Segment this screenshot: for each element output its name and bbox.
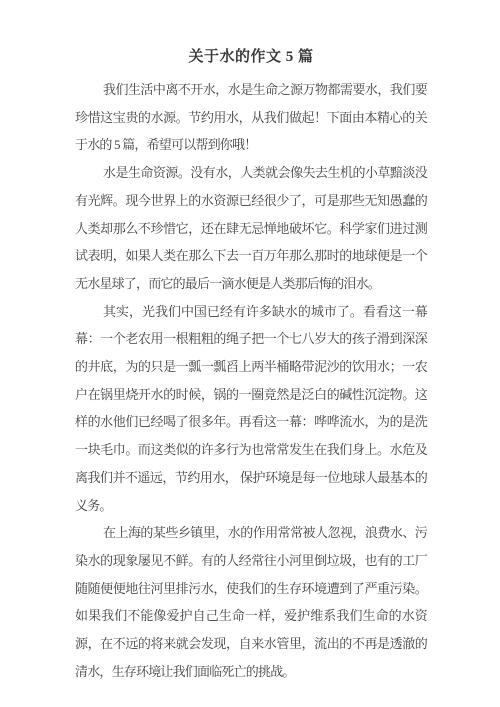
paragraph-water-is-life: 水是生命资源。没有水，人类就会像失去生机的小草黯淡没有光辉。现今世界上的水资源已… (75, 159, 427, 298)
document-page: 关于水的作文 5 篇 我们生活中离不开水，水是生命之源万物都需要水，我们要珍惜这… (0, 0, 500, 707)
paragraph-china-water-shortage: 其实，光我们中国已经有许多缺水的城市了。看看这一幕幕：一个老农用一根粗粗的绳子把… (75, 298, 427, 520)
paragraph-shanghai-pollution: 在上海的某些乡镇里，水的作用常常被人忽视，浪费水、污染水的现象屡见不鲜。有的人经… (75, 519, 427, 685)
document-title: 关于水的作文 5 篇 (75, 46, 427, 69)
paragraph-intro: 我们生活中离不开水，水是生命之源万物都需要水，我们要珍惜这宝贵的水源。节约用水，… (75, 76, 427, 159)
